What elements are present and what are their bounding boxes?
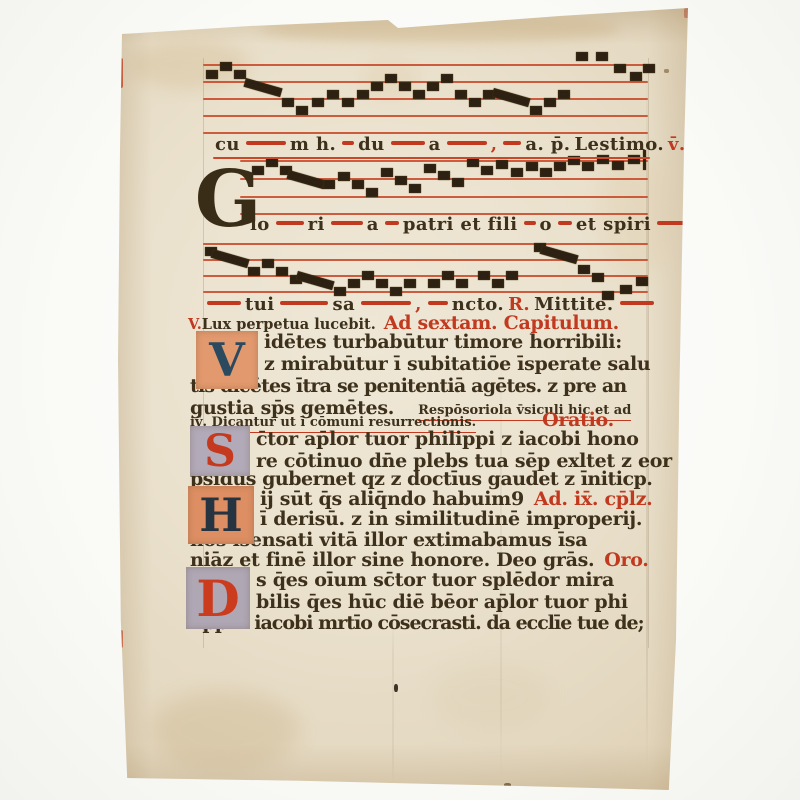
neume-square [409,184,421,193]
neume-square [441,74,453,83]
text-line-13: s q̄es oīum sc̄tor tuor splēdor mira [256,569,614,592]
staff-1-line-3 [203,98,648,100]
rubric-text: Ad. ix̄. cp̄lz. [534,488,653,510]
chant-connector-dash [280,301,328,305]
chant-syllable: v̄. [668,134,686,155]
neume-square [540,245,579,264]
fold-crease [646,60,648,770]
neume-square [554,162,566,171]
neume-square [366,188,378,197]
neume-square [381,168,393,177]
initial-letter: D [196,569,239,628]
red-edge-mark [117,630,123,648]
initial-letter: H [199,488,242,542]
neume-square [352,180,364,189]
neume-square [643,64,655,73]
chant-connector-dash [391,141,425,145]
neume-square [442,271,454,280]
initial-D-deus: D [186,567,250,629]
chant-syllable: o [540,214,552,235]
staff-3-line-4 [203,291,648,293]
neume-square [276,267,288,276]
chant-connector-dash [620,301,654,305]
chant-connector-dash [558,221,572,225]
parchment-stain [260,14,620,44]
initial-letter: S [204,426,236,477]
chant-syllable: patri et fili [403,214,518,235]
chant-connector-dash [385,221,399,225]
text-line-6: c̄tor ap̄lor tuor philippi z iacobi hono [256,428,639,451]
neume-square [376,279,388,288]
ink-speck [664,69,669,73]
neume-square [455,90,467,99]
parchment-stain [430,660,550,730]
neume-square [467,158,479,167]
neume-square [478,271,490,280]
body-text: s q̄es oīum sc̄tor tuor splēdor mira [256,569,614,591]
chant-syllable: du [358,134,384,155]
neume-square [496,160,508,169]
neume-square [312,98,324,107]
neume-square [248,267,260,276]
body-text: p̄sidus gubernet qz z doctīus gaudet z ī… [190,468,652,490]
staff-3-line-3 [203,275,648,277]
red-rule [213,157,650,159]
neume-square [287,170,326,189]
neume-square [506,271,518,280]
staff-1-line-1 [203,64,648,66]
neume-square [469,98,481,107]
staff-1-line-2 [203,81,648,83]
neume-square [371,82,383,91]
neume-square [544,98,556,107]
red-edge-mark [118,745,125,761]
red-edge-mark [684,8,689,18]
chant-text-line-1: cum h.dua,a. p̄.Lestimo.v̄. [215,134,690,156]
neume-square [211,249,250,268]
neume-square [614,64,626,73]
chant-connector-dash [331,221,363,225]
neume-square [511,168,523,177]
staff-2-line-3 [240,196,648,198]
neume-square [540,168,552,177]
neume-square [342,98,354,107]
neume-square [296,106,308,115]
body-text: idētes turbabūtur timore horribili: [264,331,622,353]
initial-S-sanctorum: S [190,426,250,476]
neume-square [576,52,588,61]
neume-square [620,285,632,294]
body-text: z mirabūtur ī subitatiōe īsperate salu [264,353,650,375]
chant-connector-dash [361,301,411,305]
neume-square [643,150,646,170]
neume-square [578,265,590,274]
initial-G-gloria: G [206,152,250,246]
neume-square [530,106,542,115]
neume-square [492,88,531,107]
chant-connector-dash [657,221,691,225]
initial-letter: V [209,333,245,387]
neume-square [630,72,642,81]
neume-square [596,52,608,61]
neume-square [582,162,594,171]
initial-V-videntes: V [196,331,258,389]
neume-square [558,90,570,99]
chant-connector-dash [524,221,536,225]
staff-3-line-1 [203,243,648,245]
neume-square [262,259,274,268]
rubric-text: Oro. [604,549,648,571]
neume-square [427,82,439,91]
chant-connector-dash [207,301,241,305]
chant-connector-dash [342,141,354,145]
initial-letter: G [195,154,262,245]
chant-syllable: Lestimo. [574,134,664,155]
chant-syllable: , [491,134,498,155]
neume-square [428,279,440,288]
neume-square [438,171,450,180]
neume-square [399,82,411,91]
photo-background: cum h.dua,a. p̄.Lestimo.v̄.loriapatri et… [0,0,800,800]
body-text: ij sūt q̄s aliq̄ndo habuim9 [260,488,524,510]
fold-crease [392,620,394,785]
neume-square [404,279,416,288]
chant-syllable: a [367,214,379,235]
manuscript-leaf: cum h.dua,a. p̄.Lestimo.v̄.loriapatri et… [0,0,800,800]
neume-square [266,158,278,167]
neume-square [296,271,335,290]
neume-square [526,162,538,171]
parchment-stain [150,690,300,770]
initial-H-hi: H [188,486,254,544]
neume-square [636,277,648,286]
neume-square [348,279,360,288]
chant-connector-dash [276,221,304,225]
chant-connector-dash [503,141,521,145]
neume-square [234,70,246,79]
neume-square [612,161,624,170]
neume-square [327,90,339,99]
chant-syllable: m h. [290,134,336,155]
neume-square [395,176,407,185]
chant-connector-dash [428,301,448,305]
body-text: lippi z iacobi mrtīo cōsecrasti. da eccl… [190,612,644,634]
neume-square [452,178,464,187]
neume-square [413,90,425,99]
body-text: ī derisū. z in similitudinē improperij. [260,508,642,530]
neume-square [592,273,604,282]
neume-square [362,271,374,280]
text-line-2: z mirabūtur ī subitatiōe īsperate salu [264,353,650,376]
neume-square [282,98,294,107]
neume-square [206,70,218,79]
neume-square [481,166,493,175]
staff-1-line-4 [203,115,648,117]
neume-square [338,172,350,181]
body-text: c̄tor ap̄lor tuor philippi z iacobi hono [256,428,639,450]
neume-square [492,279,504,288]
neume-square [456,279,468,288]
body-text: niāz et finē illor sine honore. Deo grās… [190,549,594,571]
chant-connector-dash [246,141,286,145]
body-text: bilis q̄es hūc diē bēor ap̄lor tuor phi [256,591,628,613]
neume-square [323,180,335,189]
text-line-10: ī derisū. z in similitudinē improperij. [260,508,642,531]
text-line-1: idētes turbabūtur timore horribili: [264,331,622,354]
text-line-14: bilis q̄es hūc diē bēor ap̄lor tuor phi [256,591,628,614]
neume-square [424,164,436,173]
chant-syllable: a [429,134,441,155]
neume-square [385,74,397,83]
neume-square [220,62,232,71]
neume-square [357,90,369,99]
chant-connector-dash [447,141,487,145]
text-line-15: lippi z iacobi mrtīo cōsecrasti. da eccl… [190,612,644,635]
chant-syllable: ri [308,214,325,235]
chant-syllable: et spiri [576,214,651,235]
red-edge-mark [116,58,123,88]
chant-syllable: a. p̄. [525,134,570,155]
ink-speck [504,783,511,787]
chant-text-line-2: loriapatri et filioet spiri [250,214,695,236]
ink-speck [394,684,398,692]
